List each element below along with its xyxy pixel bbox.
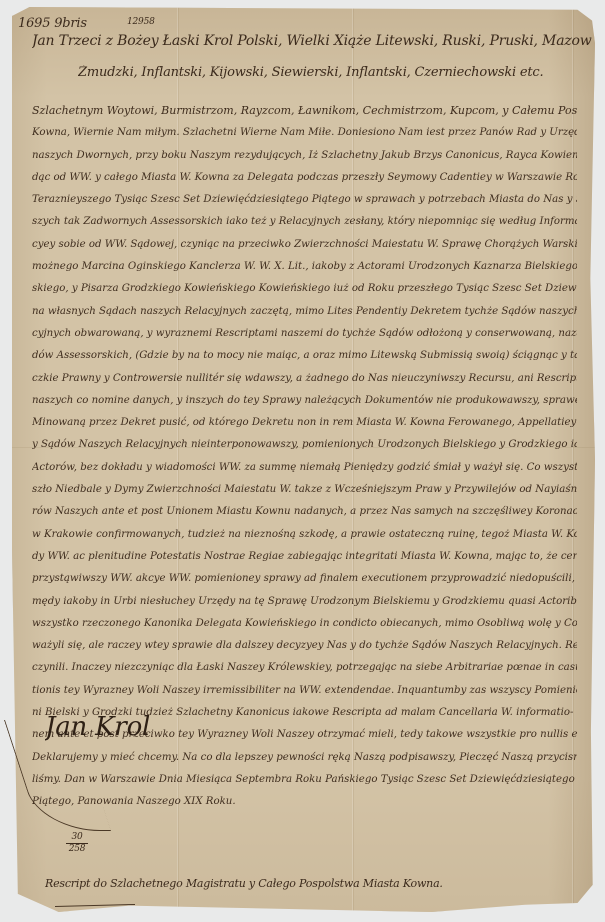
body-line: cyey sobie od WW. Sądowej, czyniąc na pr…	[32, 234, 577, 256]
body-line: rów Naszych ante et post Unionem Miastu …	[32, 501, 577, 523]
rescript-body: Szlachetnym Woytowi, Burmistrzom, Rayzco…	[32, 100, 577, 814]
body-line: przystąwiwszy WW. akcye WW. pomienioney …	[32, 568, 577, 590]
body-line: y Sądów Naszych Relacyjnych nieinterpono…	[32, 434, 577, 456]
intitulatio-line-2: Żmudzki, Inflantski, Kijowski, Siewiersk…	[78, 65, 578, 80]
body-line: w Krakowie confirmowanych, tudzież na ni…	[32, 524, 577, 546]
body-line: Kowna, Wiernie Nam miłym. Szlachetni Wie…	[32, 122, 577, 144]
royal-signature: Jan Krol	[45, 712, 150, 742]
body-line: Szlachetnym Woytowi, Burmistrzom, Rayzco…	[32, 100, 577, 122]
body-line: Deklarujemy y mieć chcemy. Na co dla lep…	[32, 747, 577, 769]
body-line: na własnych Sądach naszych Relacyjnych z…	[32, 301, 577, 323]
body-line: naszych co nomine danych, y inszych do t…	[32, 390, 577, 412]
body-line: szych tak Zadwornych Assessorskich iako …	[32, 211, 577, 233]
body-line: Minowaną przez Dekret pusić, od którego …	[32, 412, 577, 434]
folio-number: 30 258	[66, 832, 88, 855]
body-line: szło Niedbale y Dymy Zwierzchności Maies…	[32, 479, 577, 501]
body-line: skiego, y Pisarza Grodzkiego Kowieńskieg…	[32, 278, 577, 300]
body-line: dów Assessorskich, (Gdzie by na to mocy …	[32, 345, 577, 367]
body-line: Piątego, Panowania Naszego XIX Roku.	[32, 791, 577, 813]
body-line: wszystko rzeczonego Kanonika Delegata Ko…	[32, 613, 577, 635]
body-line: dy WW. ac plenitudine Potestatis Nostrae…	[32, 546, 577, 568]
body-line: Teraznieyszego Tysiąc Szesc Set Dziewięć…	[32, 189, 577, 211]
folio-bottom: 258	[66, 843, 88, 855]
body-line: czkie Prawny y Controwersie nullitér się…	[32, 368, 577, 390]
body-line: czynili. Inaczey niezczyniąc dla Łaski N…	[32, 657, 577, 679]
body-line: Actorów, bez dokładu y wiadomości WW. za…	[32, 457, 577, 479]
body-line: tionis tey Wyrazney Woli Naszey irremiss…	[32, 680, 577, 702]
body-line: możnego Marcina Oginskiego Kanclerza W. …	[32, 256, 577, 278]
marginal-date-note: 1695 9bris	[18, 16, 87, 31]
body-line: cyjnych obwarowaną, y wyraznemi Rescript…	[32, 323, 577, 345]
intitulatio-line-1: Jan Trzeci z Bożey Łaski Krol Polski, Wi…	[32, 33, 592, 49]
archive-number: 12958	[127, 17, 155, 27]
body-line: naszych Dwornych, przy boku Naszym rezyd…	[32, 145, 577, 167]
body-line: dąc od WW. y całego Miasta W. Kowna za D…	[32, 167, 577, 189]
folio-top: 30	[71, 832, 82, 842]
endorsement-note: Rescript do Szlachetnego Magistratu y Ca…	[45, 877, 443, 890]
body-line: liśmy. Dan w Warszawie Dnia Miesiąca Sep…	[32, 769, 577, 791]
body-line: mędy iakoby in Urbi niesłuchey Urzędy na…	[32, 591, 577, 613]
body-line: ważyli się, ale raczey wtey sprawie dla …	[32, 635, 577, 657]
